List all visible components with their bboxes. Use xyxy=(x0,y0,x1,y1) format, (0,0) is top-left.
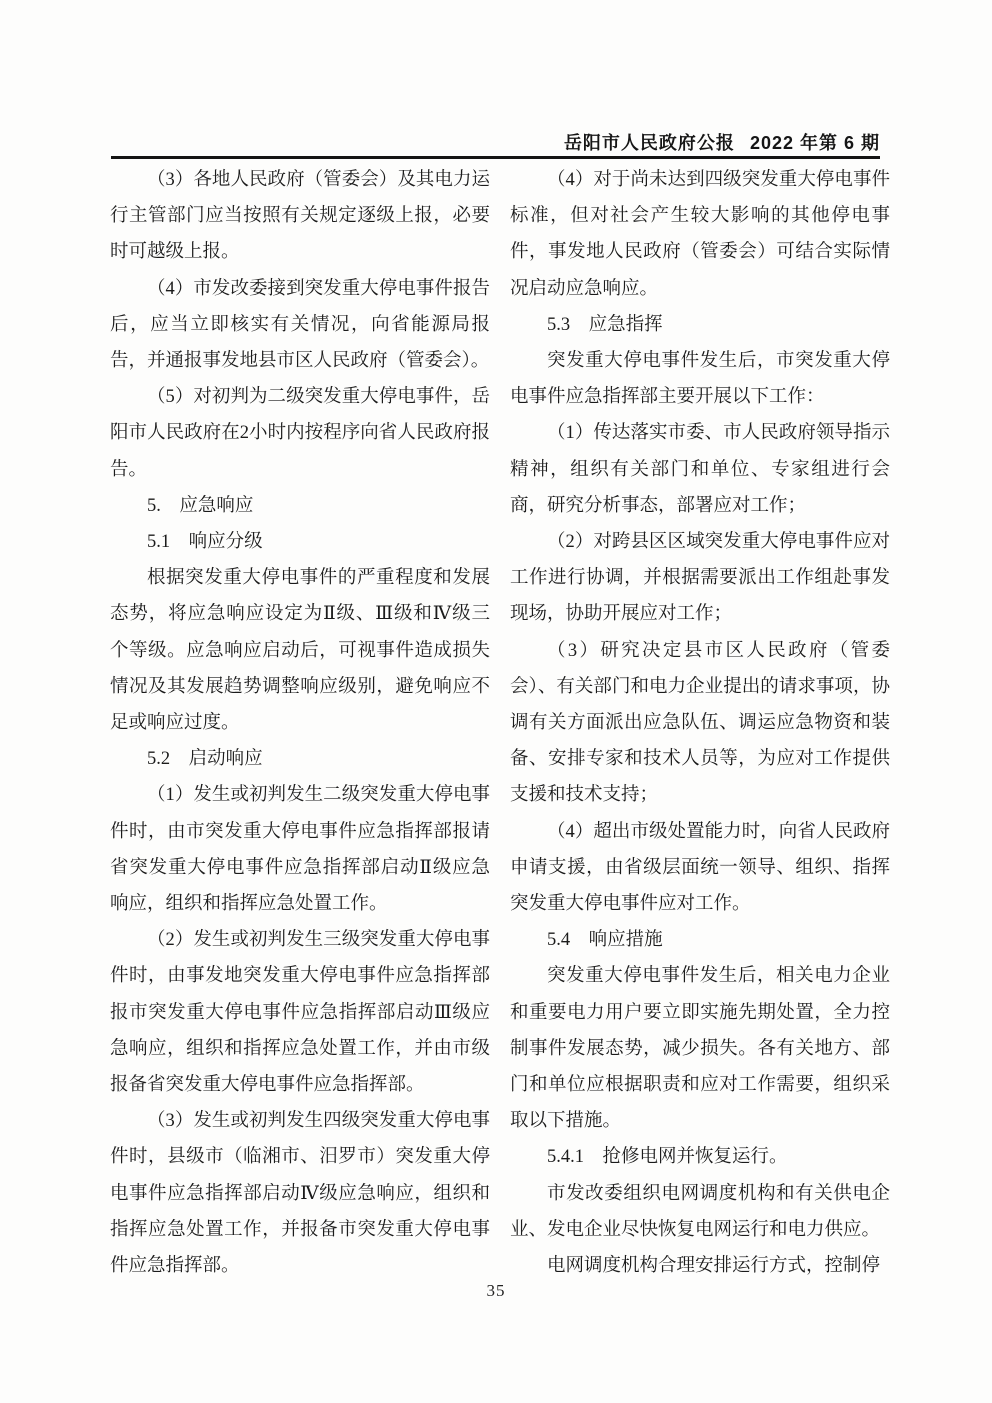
paragraph: （5）对初判为二级突发重大停电事件，岳阳市人民政府在2小时内按程序向省人民政府报… xyxy=(110,379,490,488)
publication-title: 岳阳市人民政府公报 xyxy=(564,133,735,153)
paragraph: （3）各地人民政府（管委会）及其电力运行主管部门应当按照有关规定逐级上报，必要时… xyxy=(110,162,490,271)
gazette-page: 岳阳市人民政府公报2022 年第 6 期 （3）各地人民政府（管委会）及其电力运… xyxy=(0,0,992,1403)
paragraph: （4）超出市级处置能力时，向省人民政府申请支援，由省级层面统一领导、组织、指挥突… xyxy=(510,814,890,923)
paragraph: （4）市发改委接到突发重大停电事件报告后，应当立即核实有关情况，向省能源局报告，… xyxy=(110,271,490,380)
paragraph: （2）对跨县区区域突发重大停电事件应对工作进行协调，并根据需要派出工作组赴事发现… xyxy=(510,524,890,633)
header-rule xyxy=(111,156,880,159)
paragraph: 根据突发重大停电事件的严重程度和发展态势，将应急响应设定为Ⅱ级、Ⅲ级和Ⅳ级三个等… xyxy=(110,560,490,741)
section-heading: 5.1 响应分级 xyxy=(110,524,490,560)
paragraph: 电网调度机构合理安排运行方式，控制停 xyxy=(510,1248,890,1284)
paragraph: （2）发生或初判发生三级突发重大停电事件时，由事发地突发重大停电事件应急指挥部报… xyxy=(110,922,490,1103)
section-heading: 5. 应急响应 xyxy=(110,488,490,524)
right-text-column: （4）对于尚未达到四级突发重大停电事件标准，但对社会产生较大影响的其他停电事件，… xyxy=(510,162,890,1286)
paragraph: 突发重大停电事件发生后，相关电力企业和重要电力用户要立即实施先期处置，全力控制事… xyxy=(510,958,890,1139)
paragraph: （1）传达落实市委、市人民政府领导指示精神，组织有关部门和单位、专家组进行会商，… xyxy=(510,415,890,524)
section-heading: 5.4 响应措施 xyxy=(510,922,890,958)
section-heading: 5.2 启动响应 xyxy=(110,741,490,777)
section-heading: 5.4.1 抢修电网并恢复运行。 xyxy=(510,1139,890,1175)
paragraph: （1）发生或初判发生二级突发重大停电事件时，由市突发重大停电事件应急指挥部报请省… xyxy=(110,777,490,922)
issue-label: 2022 年第 6 期 xyxy=(750,133,880,153)
paragraph: 突发重大停电事件发生后，市突发重大停电事件应急指挥部主要开展以下工作： xyxy=(510,343,890,415)
paragraph: （3）研究决定县市区人民政府（管委会）、有关部门和电力企业提出的请求事项，协调有… xyxy=(510,633,890,814)
page-number: 35 xyxy=(0,1281,992,1301)
paragraph: （3）发生或初判发生四级突发重大停电事件时，县级市（临湘市、汨罗市）突发重大停电… xyxy=(110,1103,490,1284)
paragraph: （4）对于尚未达到四级突发重大停电事件标准，但对社会产生较大影响的其他停电事件，… xyxy=(510,162,890,307)
page-header: 岳阳市人民政府公报2022 年第 6 期 xyxy=(110,129,880,155)
left-text-column: （3）各地人民政府（管委会）及其电力运行主管部门应当按照有关规定逐级上报，必要时… xyxy=(110,162,490,1286)
section-heading: 5.3 应急指挥 xyxy=(510,307,890,343)
paragraph: 市发改委组织电网调度机构和有关供电企业、发电企业尽快恢复电网运行和电力供应。 xyxy=(510,1176,890,1248)
